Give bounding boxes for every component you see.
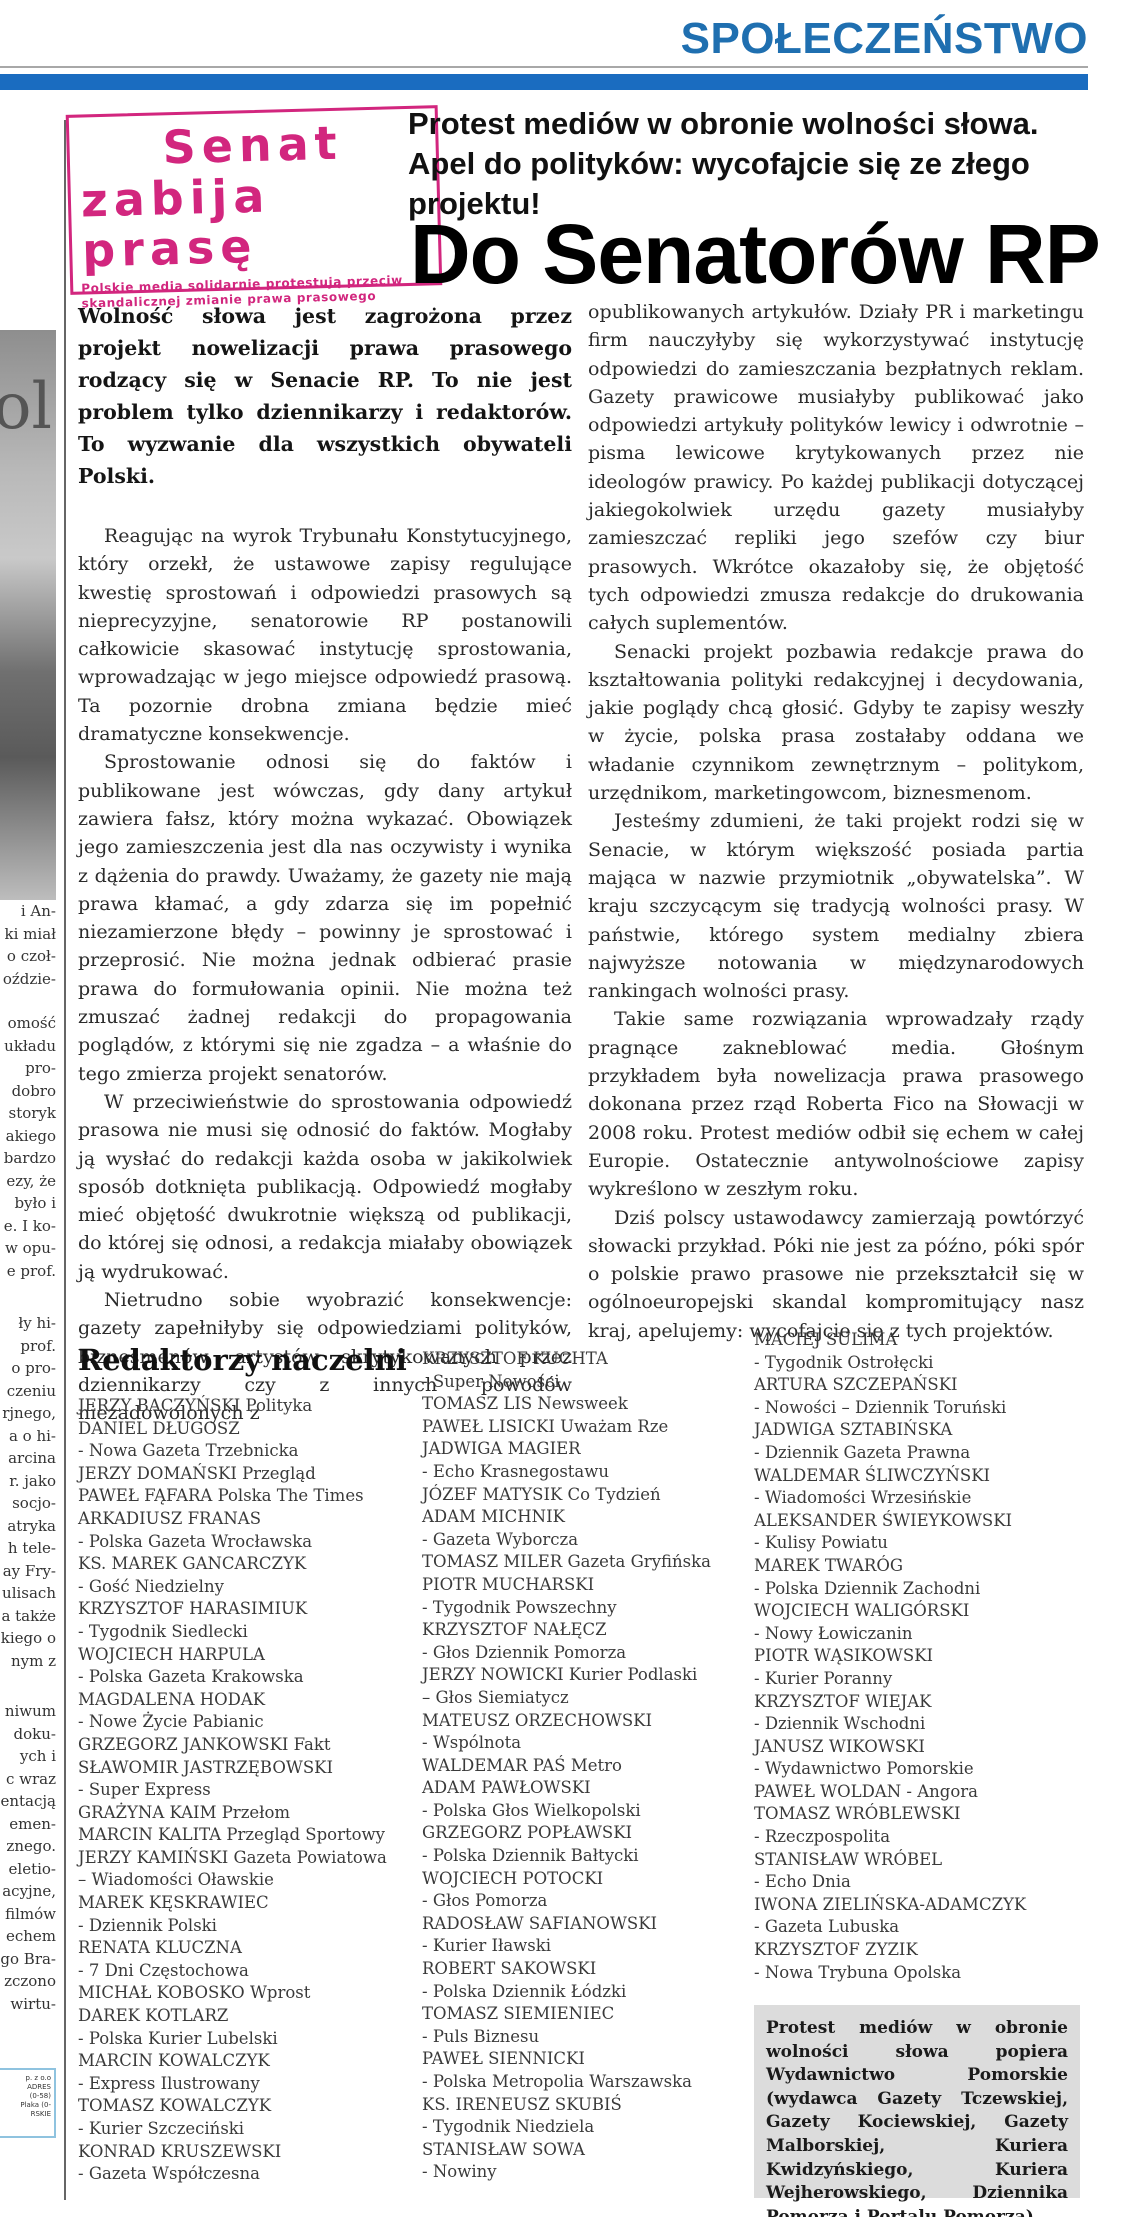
editor-entry: - Wspólnota xyxy=(422,1732,711,1755)
editor-entry: - Puls Biznesu xyxy=(422,2026,711,2049)
fragment-line: rjnego, xyxy=(0,1402,56,1425)
fragment-line: nym z xyxy=(0,1650,56,1673)
paragraph: Dziś polscy ustawodawcy zamierzają powtó… xyxy=(588,1204,1084,1345)
editor-entry: IWONA ZIELIŃSKA-ADAMCZYK xyxy=(754,1894,1026,1917)
editor-entry: - 7 Dni Częstochowa xyxy=(78,1960,387,1983)
editor-entry: KRZYSZTOF NAŁĘCZ xyxy=(422,1619,711,1642)
editor-entry: MICHAŁ KOBOSKO Wprost xyxy=(78,1982,387,2005)
fragment-line: h tele- xyxy=(0,1537,56,1560)
editor-entry: - Gazeta Lubuska xyxy=(754,1916,1026,1939)
paragraph: Senacki projekt pozbawia redakcje prawa … xyxy=(588,638,1084,808)
editor-entry: - Gazeta Wyborcza xyxy=(422,1529,711,1552)
editor-entry: JADWIGA MAGIER xyxy=(422,1438,711,1461)
paragraph: opublikowanych artykułów. Działy PR i ma… xyxy=(588,298,1084,638)
fragment-line: a także xyxy=(0,1605,56,1628)
editor-entry: JERZY DOMAŃSKI Przegląd xyxy=(78,1463,387,1486)
editor-entry: KRZYSZTOF ZYZIK xyxy=(754,1939,1026,1962)
editor-entry: - Głos Dziennik Pomorza xyxy=(422,1642,711,1665)
fragment-line: eletio- xyxy=(0,1858,56,1881)
editors-heading: Redaktorzy naczelni xyxy=(78,1343,407,1377)
paragraph: Sprostowanie odnosi się do faktów i publ… xyxy=(78,748,572,1088)
imprint-line: p. z o.o xyxy=(3,2074,51,2083)
editor-entry: RADOSŁAW SAFIANOWSKI xyxy=(422,1913,711,1936)
article-column-1: Wolność słowa jest zagrożona przez proje… xyxy=(78,300,572,1428)
fragment-line: echem xyxy=(0,1925,56,1948)
editor-entry: SŁAWOMIR JASTRZĘBOWSKI xyxy=(78,1757,387,1780)
fragment-line: go Bra- xyxy=(0,1948,56,1971)
editor-entry: – Głos Siemiatycz xyxy=(422,1687,711,1710)
fragment-line: i An- xyxy=(0,900,56,923)
editor-entry: ALEKSANDER ŚWIEYKOWSKI xyxy=(754,1510,1026,1533)
editor-entry: MATEUSZ ORZECHOWSKI xyxy=(422,1710,711,1733)
editor-entry: TOMASZ LIS Newsweek xyxy=(422,1393,711,1416)
fragment-line: atryka xyxy=(0,1515,56,1538)
stamp-line-2: zabija prasę xyxy=(70,166,438,276)
fragment-line: kiego o xyxy=(0,1627,56,1650)
editor-entry: JÓZEF MATYSIK Co Tydzień xyxy=(422,1484,711,1507)
fragment-line: znego. xyxy=(0,1835,56,1858)
fragment-line: ezy, że xyxy=(0,1170,56,1193)
editor-entry: JERZY KAMIŃSKI Gazeta Powiatowa xyxy=(78,1847,387,1870)
fragment-line: doku- xyxy=(0,1723,56,1746)
editor-entry: - Polska Gazeta Krakowska xyxy=(78,1666,387,1689)
photo-logo-fragment: ol xyxy=(0,370,52,444)
editor-entry: - Głos Pomorza xyxy=(422,1890,711,1913)
imprint-line: (0-58) xyxy=(3,2092,51,2101)
editor-entry: - Nowiny xyxy=(422,2161,711,2184)
editor-entry: - Nowa Gazeta Trzebnicka xyxy=(78,1440,387,1463)
editors-list-3: MACIEJ SULIMA- Tygodnik OstrołęckiARTURA… xyxy=(754,1329,1026,1984)
editors-list-1: JERZY BACZYŃSKI PolitykaDANIEL DŁUGOSZ- … xyxy=(78,1395,387,2186)
editor-entry: MAGDALENA HODAK xyxy=(78,1689,387,1712)
editor-entry: - Gość Niedzielny xyxy=(78,1576,387,1599)
editor-entry: KS. IRENEUSZ SKUBIŚ xyxy=(422,2094,711,2117)
editor-entry: - Polska Dziennik Łódzki xyxy=(422,1981,711,2004)
editor-entry: WALDEMAR PAŚ Metro xyxy=(422,1755,711,1778)
editor-entry: ARKADIUSZ FRANAS xyxy=(78,1508,387,1531)
editor-entry: KRZYSZTOF WIEJAK xyxy=(754,1691,1026,1714)
fragment-line: c wraz xyxy=(0,1768,56,1791)
fragment-line: prof. xyxy=(0,1335,56,1358)
paragraph: Takie same rozwiązania wprowadzały rządy… xyxy=(588,1005,1084,1203)
editor-entry: - Wiadomości Wrzesińskie xyxy=(754,1487,1026,1510)
fragment-line: wirtu- xyxy=(0,1993,56,2016)
fragment-line: niwum xyxy=(0,1700,56,1723)
fragment-text-d: niwumdoku-ych ic wrazentacjąemen-znego.e… xyxy=(0,1700,56,2015)
editor-entry: - Kurier Iławski xyxy=(422,1935,711,1958)
fragment-line: omość xyxy=(0,1012,56,1035)
editor-entry: GRAŻYNA KAIM Przełom xyxy=(78,1802,387,1825)
fragment-line: ki miał xyxy=(0,923,56,946)
editor-entry: DAREK KOTLARZ xyxy=(78,2005,387,2028)
editor-entry: PIOTR WĄSIKOWSKI xyxy=(754,1645,1026,1668)
fragment-line: ych i xyxy=(0,1745,56,1768)
fragment-text-b: omośćukładupro-dobrostorykakiegobardzoez… xyxy=(0,1012,56,1282)
editor-entry: WALDEMAR ŚLIWCZYŃSKI xyxy=(754,1465,1026,1488)
editor-entry: - Polska Kurier Lubelski xyxy=(78,2028,387,2051)
fragment-line: oździe- xyxy=(0,968,56,991)
editor-entry: - Dziennik Wschodni xyxy=(754,1713,1026,1736)
editor-entry: TOMASZ KOWALCZYK xyxy=(78,2095,387,2118)
publisher-imprint-box: p. z o.oADRES(0-58)Plaka (0-RSKIE xyxy=(0,2068,56,2138)
editor-entry: - Tygodnik Niedziela xyxy=(422,2116,711,2139)
editor-entry: - Dziennik Gazeta Prawna xyxy=(754,1442,1026,1465)
editor-entry: ADAM PAWŁOWSKI xyxy=(422,1777,711,1800)
editor-entry: MARCIN KALITA Przegląd Sportowy xyxy=(78,1824,387,1847)
editor-entry: JERZY NOWICKI Kurier Podlaski xyxy=(422,1664,711,1687)
fragment-line: storyk xyxy=(0,1102,56,1125)
fragment-line: pro- xyxy=(0,1057,56,1080)
editor-entry: KRZYSZTOF KUCHTA xyxy=(422,1348,711,1371)
section-title: SPOŁECZEŃSTWO xyxy=(681,14,1088,64)
editor-entry: DANIEL DŁUGOSZ xyxy=(78,1418,387,1441)
editor-entry: ARTURA SZCZEPAŃSKI xyxy=(754,1374,1026,1397)
editor-entry: PAWEŁ WOLDAN - Angora xyxy=(754,1781,1026,1804)
editor-entry: MAREK TWARÓG xyxy=(754,1555,1026,1578)
editor-entry: GRZEGORZ JANKOWSKI Fakt xyxy=(78,1734,387,1757)
editor-entry: JADWIGA SZTABIŃSKA xyxy=(754,1419,1026,1442)
editor-entry: - Kulisy Powiatu xyxy=(754,1532,1026,1555)
editor-entry: TOMASZ SIEMIENIEC xyxy=(422,2003,711,2026)
support-box: Protest mediów w obronie wolności słowa … xyxy=(754,2005,1080,2198)
fragment-line: ły hi- xyxy=(0,1312,56,1335)
article-column-2: opublikowanych artykułów. Działy PR i ma… xyxy=(588,298,1084,1345)
editor-entry: - Tygodnik Ostrołęcki xyxy=(754,1352,1026,1375)
editor-entry: ROBERT SAKOWSKI xyxy=(422,1958,711,1981)
fragment-text-a: i An-ki miało czoł-oździe- xyxy=(0,900,56,990)
paragraph: W przeciwieństwie do sprostowania odpowi… xyxy=(78,1088,572,1286)
editor-entry: WOJCIECH WALIGÓRSKI xyxy=(754,1600,1026,1623)
editor-entry: WOJCIECH POTOCKI xyxy=(422,1868,711,1891)
fragment-line: akiego xyxy=(0,1125,56,1148)
editor-entry: - Super Express xyxy=(78,1779,387,1802)
editor-entry: – Wiadomości Oławskie xyxy=(78,1869,387,1892)
editor-entry: PIOTR MUCHARSKI xyxy=(422,1574,711,1597)
paragraph: Reagując na wyrok Trybunału Konstytucyjn… xyxy=(78,522,572,748)
editor-entry: KONRAD KRUSZEWSKI xyxy=(78,2141,387,2164)
editor-entry: - Polska Gazeta Wrocławska xyxy=(78,1531,387,1554)
fragment-line: filmów xyxy=(0,1903,56,1926)
editor-entry: - Polska Głos Wielkopolski xyxy=(422,1800,711,1823)
editor-entry: - Nowa Trybuna Opolska xyxy=(754,1962,1026,1985)
fragment-line: było i xyxy=(0,1192,56,1215)
editor-entry: - Tygodnik Siedlecki xyxy=(78,1621,387,1644)
editor-entry: MACIEJ SULIMA xyxy=(754,1329,1026,1352)
editor-entry: - Wydawnictwo Pomorskie xyxy=(754,1758,1026,1781)
fragment-line: zczono xyxy=(0,1970,56,1993)
editor-entry: - Kurier Poranny xyxy=(754,1668,1026,1691)
fragment-line: emen- xyxy=(0,1813,56,1836)
fragment-line: e. I ko- xyxy=(0,1215,56,1238)
fragment-line: socjo- xyxy=(0,1492,56,1515)
stamp-line-1: Senat xyxy=(69,114,436,176)
header-thin-rule xyxy=(0,66,1088,68)
editor-entry: WOJCIECH HARPULA xyxy=(78,1644,387,1667)
header-blue-bar xyxy=(0,74,1088,90)
fragment-line: układu xyxy=(0,1035,56,1058)
neighbour-article-fragment: ol i An-ki miało czoł-oździe- omośćukład… xyxy=(0,100,58,2217)
editor-entry: - Polska Dziennik Bałtycki xyxy=(422,1845,711,1868)
editor-entry: TOMASZ WRÓBLEWSKI xyxy=(754,1803,1026,1826)
neighbour-photo: ol xyxy=(0,330,56,900)
column-separator xyxy=(64,120,66,2200)
editor-entry: GRZEGORZ POPŁAWSKI xyxy=(422,1822,711,1845)
fragment-line: ay Fry- xyxy=(0,1560,56,1583)
editor-entry: - Nowy Łowiczanin xyxy=(754,1623,1026,1646)
editor-entry: ADAM MICHNIK xyxy=(422,1506,711,1529)
editor-entry: RENATA KLUCZNA xyxy=(78,1937,387,1960)
paragraph: Jesteśmy zdumieni, że taki projekt rodzi… xyxy=(588,807,1084,1005)
fragment-line: e prof. xyxy=(0,1260,56,1283)
fragment-line: r. jako xyxy=(0,1470,56,1493)
editor-entry: STANISŁAW WRÓBEL xyxy=(754,1849,1026,1872)
editor-entry: - Express Ilustrowany xyxy=(78,2073,387,2096)
editor-entry: TOMASZ MILER Gazeta Gryfińska xyxy=(422,1551,711,1574)
editors-list-2: KRZYSZTOF KUCHTA- Super NowościTOMASZ LI… xyxy=(422,1348,711,2184)
article-headline: Do Senatorów RP xyxy=(410,206,1100,302)
editor-entry: - Gazeta Współczesna xyxy=(78,2163,387,2186)
editor-entry: PAWEŁ SIENNICKI xyxy=(422,2048,711,2071)
editor-entry: KS. MAREK GANCARCZYK xyxy=(78,1553,387,1576)
fragment-line: arcina xyxy=(0,1447,56,1470)
fragment-line: entacją xyxy=(0,1790,56,1813)
fragment-line: czeniu xyxy=(0,1380,56,1403)
protest-stamp: Senat zabija prasę Polskie media solidar… xyxy=(66,105,443,295)
editor-entry: MARCIN KOWALCZYK xyxy=(78,2050,387,2073)
fragment-text-c: ły hi-prof.o pro-czeniurjnego,a o hi-arc… xyxy=(0,1312,56,1672)
editor-entry: - Kurier Szczeciński xyxy=(78,2118,387,2141)
editor-entry: - Rzeczpospolita xyxy=(754,1826,1026,1849)
imprint-line: RSKIE xyxy=(3,2110,51,2119)
editor-entry: KRZYSZTOF HARASIMIUK xyxy=(78,1598,387,1621)
editor-entry: - Dziennik Polski xyxy=(78,1915,387,1938)
fragment-line: acyjne, xyxy=(0,1880,56,1903)
fragment-line: a o hi- xyxy=(0,1425,56,1448)
article-lead: Wolność słowa jest zagrożona przez proje… xyxy=(78,300,572,492)
fragment-line: o czoł- xyxy=(0,945,56,968)
editor-entry: - Polska Metropolia Warszawska xyxy=(422,2071,711,2094)
editor-entry: - Nowości – Dziennik Toruński xyxy=(754,1397,1026,1420)
imprint-line: Plaka (0- xyxy=(3,2101,51,2110)
editor-entry: - Nowe Życie Pabianic xyxy=(78,1711,387,1734)
editor-entry: PAWEŁ FĄFARA Polska The Times xyxy=(78,1485,387,1508)
editor-entry: MAREK KĘSKRAWIEC xyxy=(78,1892,387,1915)
fragment-line: w opu- xyxy=(0,1237,56,1260)
editor-entry: - Polska Dziennik Zachodni xyxy=(754,1578,1026,1601)
imprint-line: ADRES xyxy=(3,2083,51,2092)
fragment-line: bardzo xyxy=(0,1147,56,1170)
fragment-line: dobro xyxy=(0,1080,56,1103)
fragment-line: ulisach xyxy=(0,1582,56,1605)
fragment-line: o pro- xyxy=(0,1357,56,1380)
editor-entry: - Tygodnik Powszechny xyxy=(422,1597,711,1620)
editor-entry: - Echo Krasnegostawu xyxy=(422,1461,711,1484)
editor-entry: - Echo Dnia xyxy=(754,1871,1026,1894)
editor-entry: JANUSZ WIKOWSKI xyxy=(754,1736,1026,1759)
editor-entry: JERZY BACZYŃSKI Polityka xyxy=(78,1395,387,1418)
editor-entry: PAWEŁ LISICKI Uważam Rze xyxy=(422,1416,711,1439)
editor-entry: STANISŁAW SOWA xyxy=(422,2139,711,2162)
editor-entry: - Super Nowości xyxy=(422,1371,711,1394)
